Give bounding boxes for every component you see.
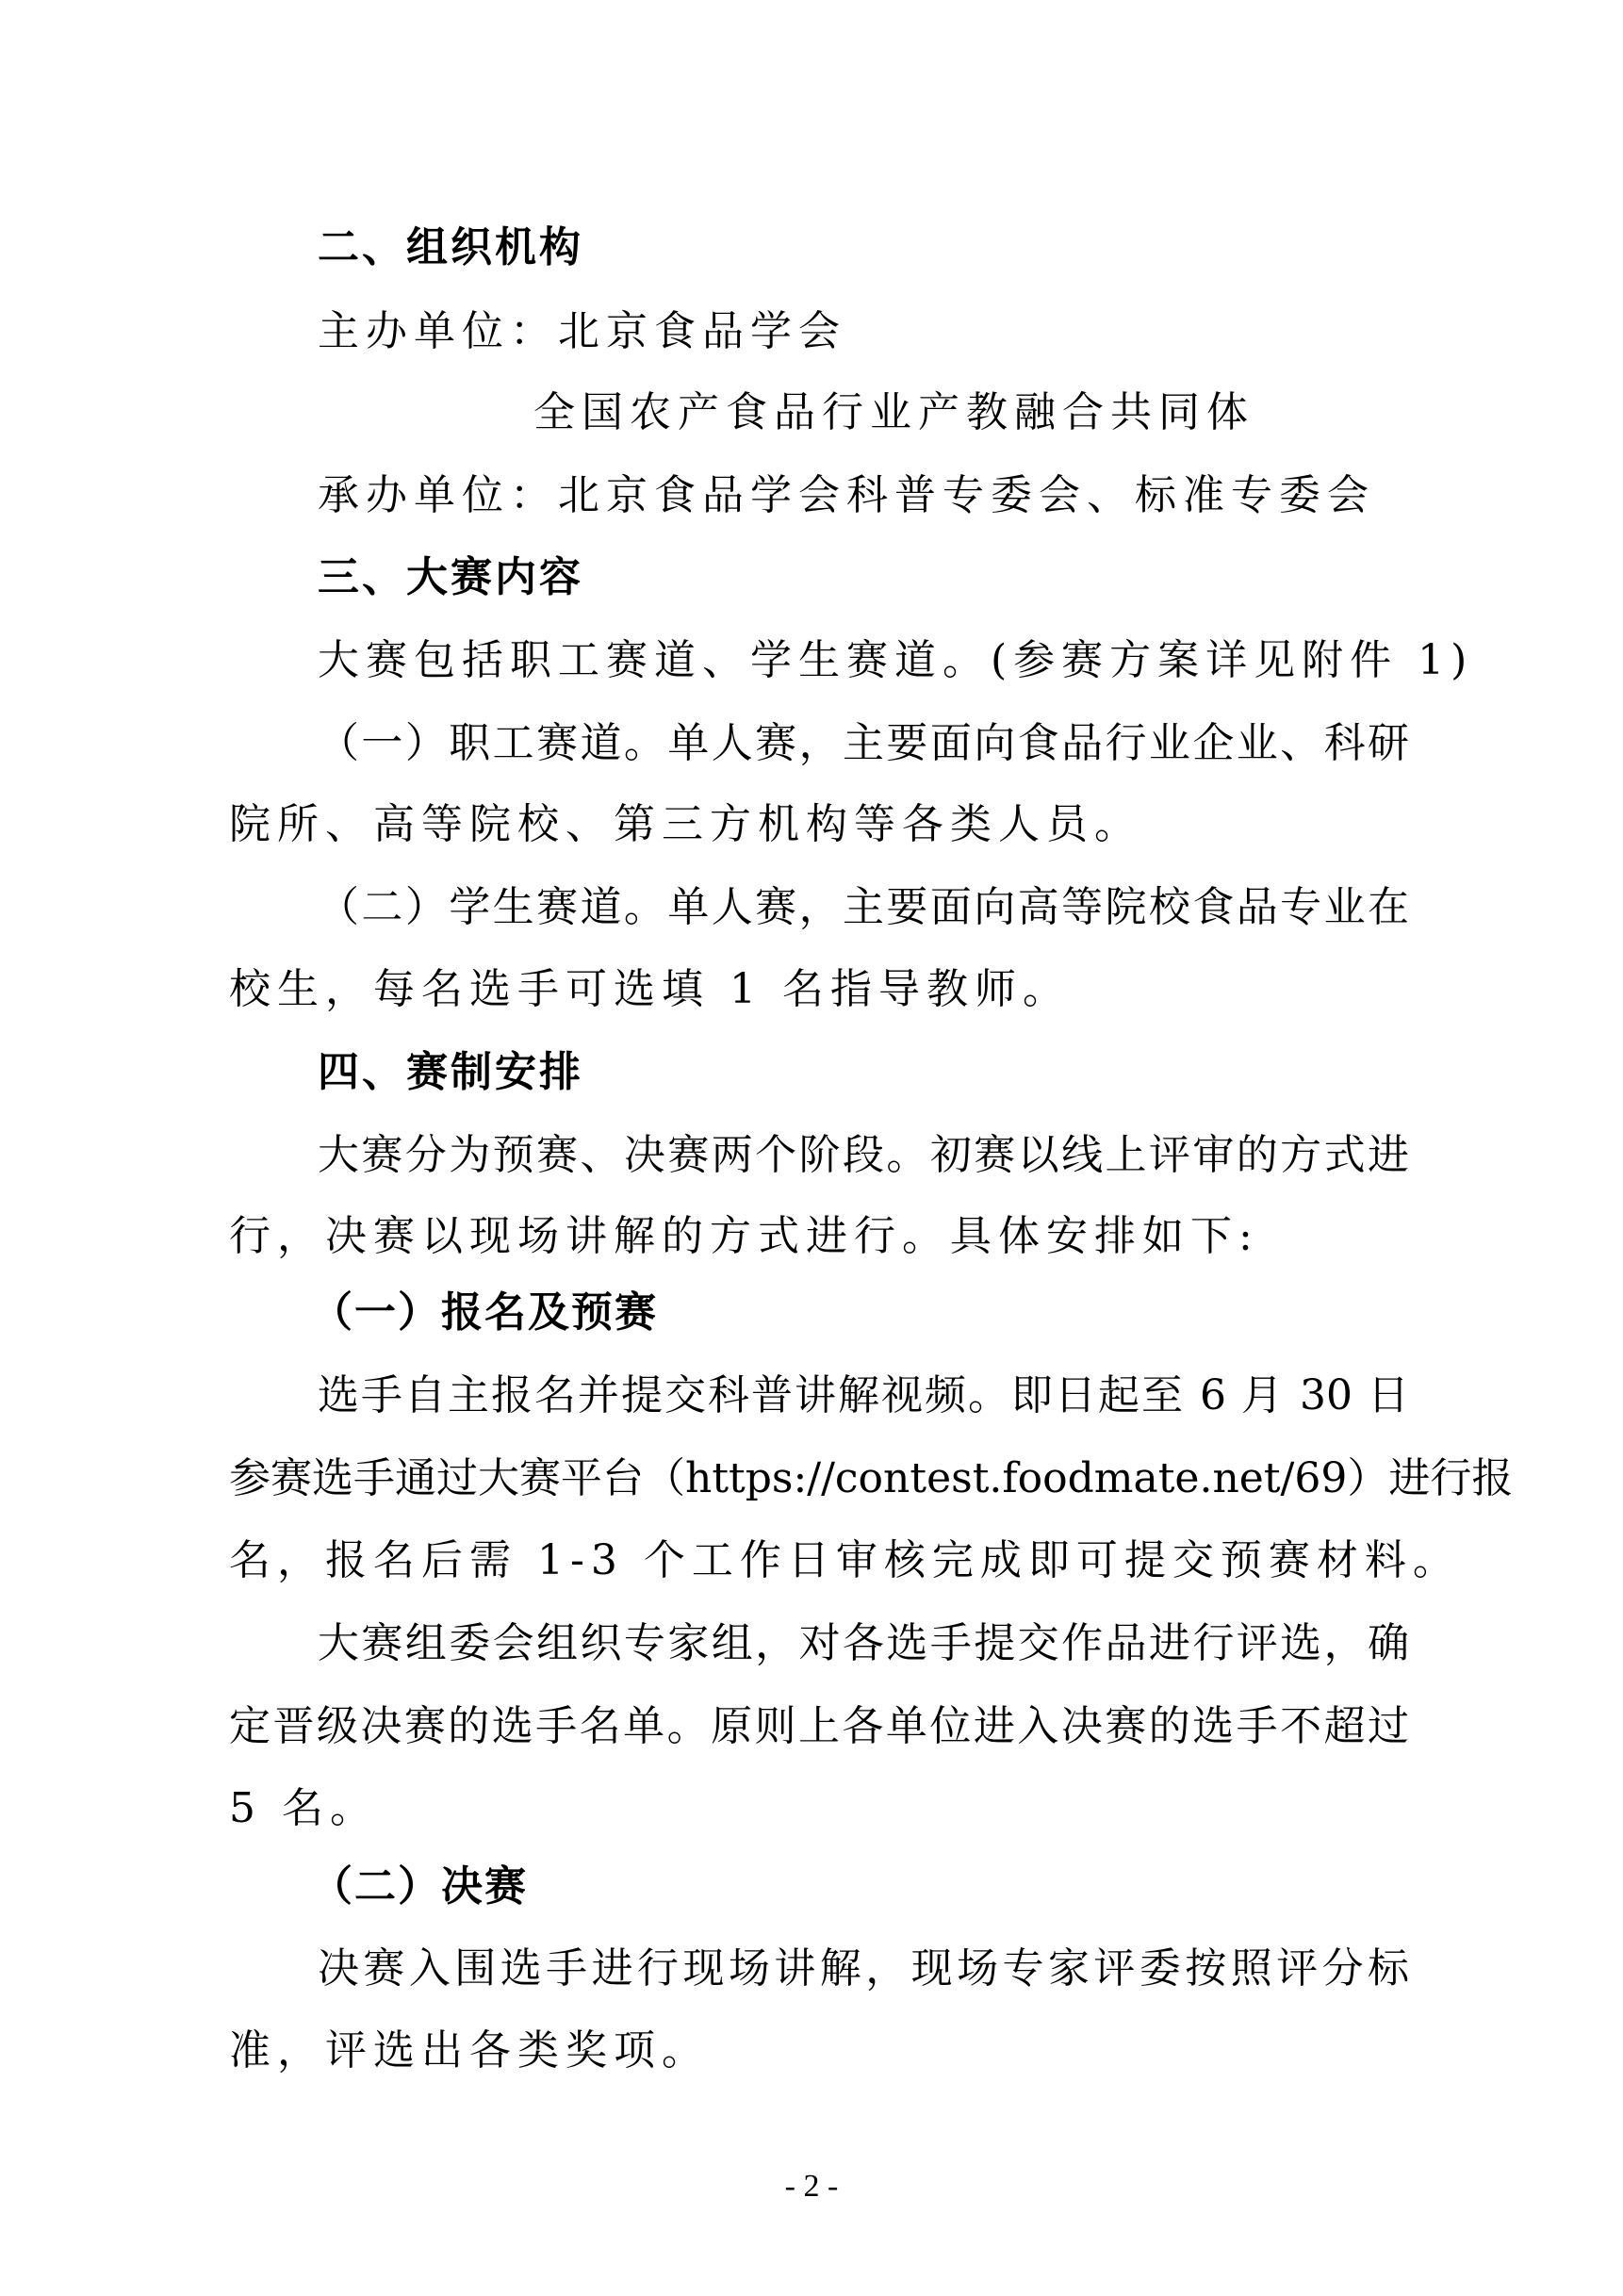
subheading-finals: （二）决赛: [311, 1859, 1491, 1915]
page-number: - 2 -: [0, 2168, 1623, 2206]
organizer-units-line: 承办单位：北京食品学会科普专委会、标准专委会: [318, 467, 1409, 524]
section-heading-organization: 二、组织机构: [318, 220, 1409, 276]
track2-line2: 校生，每名选手可选填 1 名指导教师。: [229, 961, 1409, 1018]
schedule-intro-line1: 大赛分为预赛、决赛两个阶段。初赛以线上评审的方式进: [318, 1127, 1409, 1184]
registration-p1-line3: 名，报名后需 1-3 个工作日审核完成即可提交预赛材料。: [229, 1533, 1409, 1589]
subheading-registration: （一）报名及预赛: [311, 1285, 1491, 1341]
registration-p2-line3: 5 名。: [229, 1780, 1409, 1837]
section-heading-content: 三、大赛内容: [318, 549, 1409, 606]
document-page: 二、组织机构 主办单位：北京食品学会 全国农产食品行业产教融合共同体 承办单位：…: [0, 0, 1623, 2296]
host-units-line-2: 全国农产食品行业产教融合共同体: [533, 385, 1409, 441]
host-units-line: 主办单位：北京食品学会: [318, 303, 1409, 360]
finals-p1-line1: 决赛入围选手进行现场讲解，现场专家评委按照评分标: [318, 1941, 1409, 1997]
registration-p1-line2: 参赛选手通过大赛平台（https://contest.foodmate.net/…: [229, 1451, 1409, 1507]
finals-p1-line2: 准，评选出各类奖项。: [229, 2023, 1409, 2079]
registration-p1-line1: 选手自主报名并提交科普讲解视频。即日起至 6 月 30 日: [318, 1368, 1409, 1424]
schedule-intro-line2: 行，决赛以现场讲解的方式进行。具体安排如下:: [229, 1208, 1409, 1265]
registration-p2-line1: 大赛组委会组织专家组，对各选手提交作品进行评选，确: [318, 1615, 1409, 1672]
registration-p2-line2: 定晋级决赛的选手名单。原则上各单位进入决赛的选手不超过: [229, 1698, 1409, 1755]
track1-line2: 院所、高等院校、第三方机构等各类人员。: [229, 796, 1409, 853]
track1-line1: （一）职工赛道。单人赛，主要面向食品行业企业、科研: [318, 715, 1409, 772]
content-intro: 大赛包括职工赛道、学生赛道。(参赛方案详见附件 1): [318, 632, 1409, 689]
section-heading-schedule: 四、赛制安排: [318, 1044, 1409, 1101]
track2-line1: （二）学生赛道。单人赛，主要面向高等院校食品专业在: [318, 879, 1409, 936]
